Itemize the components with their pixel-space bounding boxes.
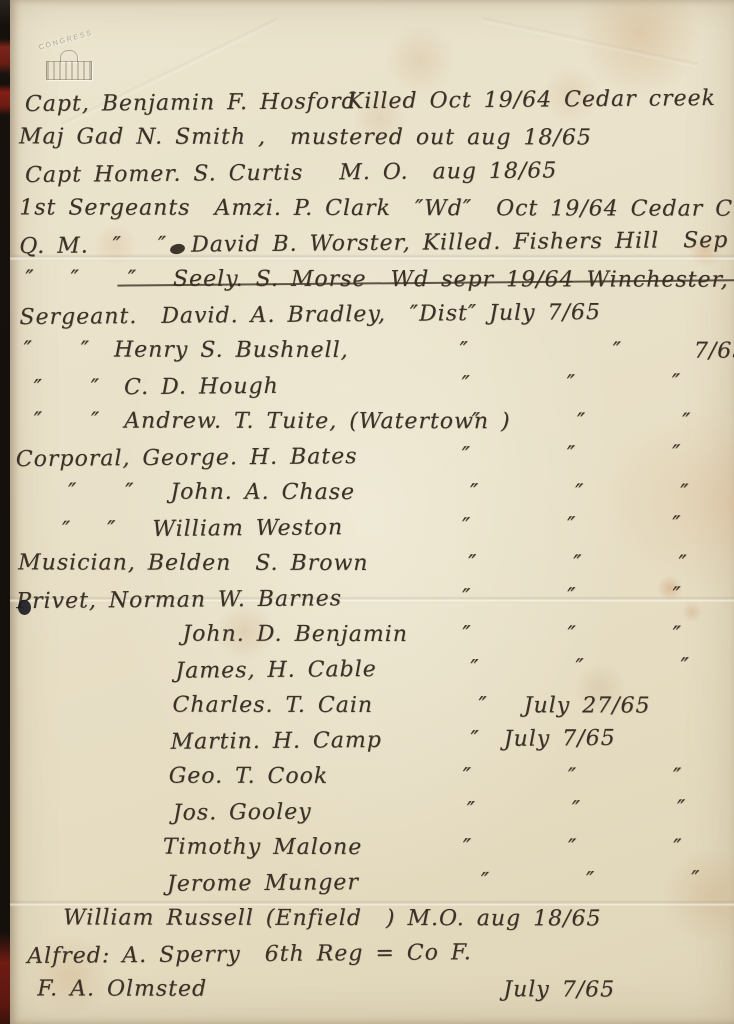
roster-entry-status: Killed Oct 19/64 Cedar creek <box>347 83 716 118</box>
roster-entry-text: Privet, Norman W. Barnes <box>16 583 342 618</box>
roster-line: 1st Sergeants Amzi. P. Clark ″Wd″ Oct 19… <box>9 192 733 229</box>
roster-entry-status: ″ ″ 7/65 <box>460 335 734 368</box>
roster-entry-status: ″ ″ ″ ″ <box>467 792 734 827</box>
roster-line: Geo. T. Cook″ ″ ″ ″ <box>11 760 734 797</box>
roster-line: Corporal, George. H. Bates″ ″ ″ ″ <box>10 438 734 480</box>
roster-entry-status: ″ ″ ″ ″ <box>463 761 734 794</box>
roster-line: Timothy Malone″ ″ ″ ″ <box>11 831 734 868</box>
roster-entry-status: ″ ″ ″ ″ <box>470 477 734 510</box>
roster-line: Charles. T. Cain″ July 27/65 <box>10 689 734 726</box>
roster-line: ″ ″ John. A. Chase″ ″ ″ ″ <box>10 476 734 513</box>
roster-line: Jos. Gooley″ ″ ″ ″ <box>11 793 734 835</box>
roster-entry-text: Geo. T. Cook <box>169 760 329 792</box>
roster-entry-text: Q. M. ″ ″ David B. Worster, Killed. Fish… <box>19 224 734 263</box>
roster-entry-text: Alfred: A. Sperry 6th Reg = Co F. <box>27 937 472 973</box>
roster-entry-text: Timothy Malone <box>163 831 362 863</box>
roster-line: Musician, Belden S. Brown″ ″ ″ ″ <box>10 547 734 584</box>
roster-line: Capt, Benjamin F. HosfordKilled Oct 19/6… <box>9 83 733 125</box>
roster-line: Maj Gad N. Smith , mustered out aug 18/6… <box>9 121 733 158</box>
roster-entry-text: F. A. Olmsted <box>37 973 207 1005</box>
roster-line: James, H. Cable″ ″ ″ ″ <box>10 651 734 693</box>
roster-entry-text: Jerome Munger <box>167 867 359 901</box>
roster-entry-text: Musician, Belden S. Brown <box>18 547 368 580</box>
roster-line: Jerome Munger″ ″ ″ ″ <box>11 864 734 906</box>
roster-line: Q. M. ″ ″ David B. Worster, Killed. Fish… <box>9 225 733 267</box>
roster-line: ″ ″ William Weston″ ″ ″ ″ <box>10 509 734 551</box>
roster-entry-text: ″ ″ Andrew. T. Tuite, (Watertown ) <box>34 405 511 438</box>
roster-line: ″ ″ Henry S. Bushnell,″ ″ 7/65 <box>10 334 734 371</box>
roster-entry-text: 1st Sergeants Amzi. P. Clark ″Wd″ Oct 19… <box>19 192 734 225</box>
roster-line: Privet, Norman W. Barnes″ ″ ″ ″ <box>10 580 734 622</box>
roster-entry-status: ″ ″ ″ ″ <box>468 548 734 581</box>
roster-entry-status: ″ ″ ″ ″ <box>481 863 734 898</box>
roster-entry-text: James, H. Cable <box>175 654 377 688</box>
roster-entry-text: Capt, Benjamin F. Hosford <box>25 86 357 121</box>
roster-entry-status: ″ ″ ″ ″ <box>462 508 734 543</box>
roster-entry-status: July 7/65 <box>503 974 615 1006</box>
roster-entry-status: ″ July 27/65 <box>478 690 650 722</box>
roster-line: John. D. Benjamin″ ″ ″ ″ <box>10 618 734 655</box>
roster-line: ″ ″ ″ Seely. S. Morse Wd sepr 19/64 Winc… <box>9 263 733 300</box>
roster-line: Capt Homer. S. Curtis M. O. aug 18/65 <box>9 154 733 196</box>
roster-line: Sergeant. David. A. Bradley, ″Dist″ July… <box>9 296 733 338</box>
roster-entry-text: ″ ″ ″ Seely. S. Morse Wd sepr 19/64 Winc… <box>25 263 734 296</box>
roster-line: Martin. H. Camp″ July 7/65 <box>10 722 734 764</box>
roster-entry-text: ″ ″ Henry S. Bushnell, <box>24 334 349 367</box>
roster-line: William Russell (Enfield ) M.O. aug 18/6… <box>11 902 734 939</box>
roster-entry-status: ″ ″ ″ ″ <box>472 406 734 439</box>
roster-entry-status: ″ ″ ″ ″ <box>462 437 734 472</box>
roster-entry-text: John. D. Benjamin <box>182 618 408 650</box>
roster-entry-text: ″ ″ William Weston <box>62 512 343 546</box>
roster-entry-status: ″ ″ ″ ″ <box>463 832 734 865</box>
roster-entry-text: ″ ″ John. A. Chase <box>68 476 355 509</box>
roster-entry-status: ″ ″ ″ ″ <box>462 619 734 652</box>
roster-entry-text: William Russell (Enfield ) M.O. aug 18/6… <box>63 902 602 935</box>
roster-entry-status: ″ ″ ″ ″ <box>470 650 734 685</box>
document-page: CONGRESS Capt, Benjamin F. HosfordKilled… <box>10 0 734 1024</box>
roster-line: ″ ″ C. D. Hough″ ″ ″ ″ <box>10 367 734 409</box>
roster-entry-text: ″ ″ C. D. Hough <box>34 371 279 405</box>
roster-line: F. A. OlmstedJuly 7/65 <box>11 973 734 1010</box>
roster-entry-text: Jos. Gooley <box>173 797 312 830</box>
roster-entry-text: Corporal, George. H. Bates <box>16 441 358 476</box>
roster-entry-status: ″ ″ ″ ″ <box>462 579 734 614</box>
roster-entry-text: Charles. T. Cain <box>172 689 373 721</box>
roster-list: Capt, Benjamin F. HosfordKilled Oct 19/6… <box>9 0 734 1024</box>
roster-line: ″ ″ Andrew. T. Tuite, (Watertown )″ ″ ″ … <box>10 405 734 442</box>
roster-entry-status: ″ ″ ″ ″ <box>462 366 734 401</box>
roster-entry-text: Capt Homer. S. Curtis M. O. aug 18/65 <box>25 155 557 192</box>
scanned-document: CONGRESS Capt, Benjamin F. HosfordKilled… <box>0 0 734 1024</box>
roster-entry-text: Sergeant. David. A. Bradley, ″Dist″ July… <box>19 297 601 334</box>
roster-line: Alfred: A. Sperry 6th Reg = Co F. <box>11 935 734 977</box>
roster-entry-status: ″ July 7/65 <box>470 723 615 756</box>
roster-entry-text: Martin. H. Camp <box>170 725 382 759</box>
roster-entry-text: Maj Gad N. Smith , mustered out aug 18/6… <box>19 121 592 154</box>
